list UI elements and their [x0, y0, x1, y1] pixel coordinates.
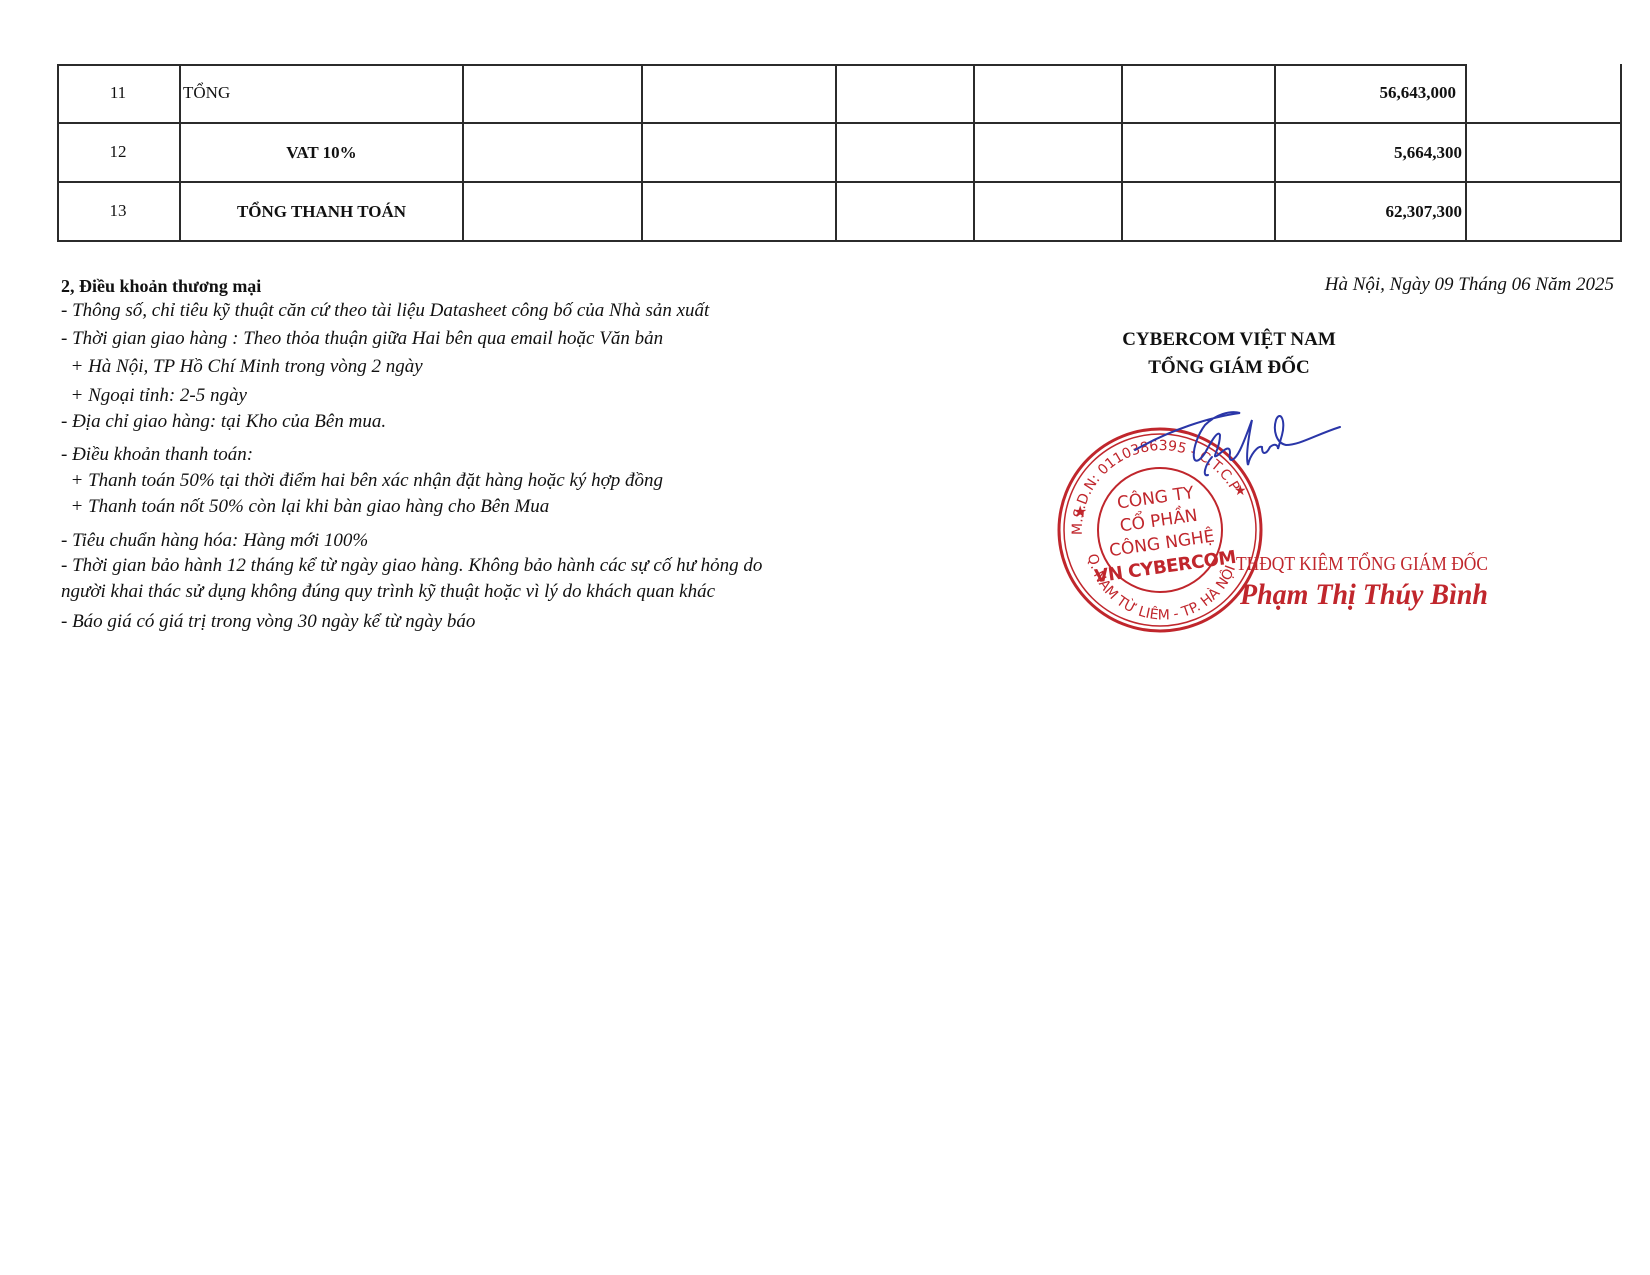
table-border — [1121, 64, 1123, 242]
terms-line: - Địa chỉ giao hàng: tại Kho của Bên mua… — [61, 411, 386, 433]
signer-name: Phạm Thị Thúy Bình — [1239, 578, 1488, 611]
terms-heading: 2, Điều khoản thương mại — [61, 275, 261, 297]
table-border — [835, 64, 837, 242]
row-number: 13 — [57, 201, 179, 221]
row-label: VAT 10% — [181, 143, 462, 163]
terms-line: - Thời gian giao hàng : Theo thỏa thuận … — [61, 328, 663, 350]
terms-line: + Thanh toán nốt 50% còn lại khi bàn gia… — [61, 496, 549, 518]
table-border — [1465, 64, 1467, 242]
company-name: CYBERCOM VIỆT NAM — [1079, 329, 1379, 351]
terms-line: + Hà Nội, TP Hồ Chí Minh trong vòng 2 ng… — [61, 356, 423, 378]
table-border — [641, 64, 643, 242]
table-border — [57, 240, 1621, 242]
terms-line: người khai thác sử dụng không đúng quy t… — [61, 581, 715, 603]
terms-line: - Thời gian bảo hành 12 tháng kể từ ngày… — [61, 555, 762, 577]
table-border — [973, 64, 975, 242]
row-number: 12 — [57, 142, 179, 162]
terms-line: + Ngoại tỉnh: 2-5 ngày — [61, 385, 247, 407]
terms-line: + Thanh toán 50% tại thời điểm hai bên x… — [61, 470, 663, 492]
row-amount: 56,643,000 — [1276, 83, 1456, 103]
table-border — [57, 181, 1621, 183]
stamp-star-icon: ★ — [1234, 483, 1247, 499]
stamp-star-icon: ★ — [1073, 502, 1087, 521]
table-border — [57, 122, 1621, 124]
row-label: TỔNG THANH TOÁN — [181, 202, 462, 222]
terms-line: - Điều khoản thanh toán: — [61, 444, 253, 466]
terms-line: - Thông số, chỉ tiêu kỹ thuật căn cứ the… — [61, 300, 709, 322]
row-amount: 5,664,300 — [1276, 143, 1462, 163]
table-border — [462, 64, 464, 242]
terms-line: - Tiêu chuẩn hàng hóa: Hàng mới 100% — [61, 530, 368, 552]
table-border — [1620, 64, 1622, 242]
terms-line: - Báo giá có giá trị trong vòng 30 ngày … — [61, 611, 475, 633]
totals-table: 11 TỔNG 56,643,000 12 VAT 10% 5,664,300 … — [0, 0, 1650, 260]
signer-title: THĐQT KIÊM TỔNG GIÁM ĐỐC — [1236, 551, 1488, 575]
row-amount: 62,307,300 — [1276, 202, 1462, 222]
table-border — [57, 64, 1465, 66]
row-label: TỔNG — [183, 83, 230, 103]
signer-position: TỔNG GIÁM ĐỐC — [1079, 357, 1379, 379]
date-line: Hà Nội, Ngày 09 Tháng 06 Năm 2025 — [1325, 274, 1614, 296]
row-number: 11 — [57, 83, 179, 103]
company-stamp-and-signature: M.S.D.N: 0110386395 - C.T.C.P Q. NAM TỪ … — [1040, 405, 1600, 645]
